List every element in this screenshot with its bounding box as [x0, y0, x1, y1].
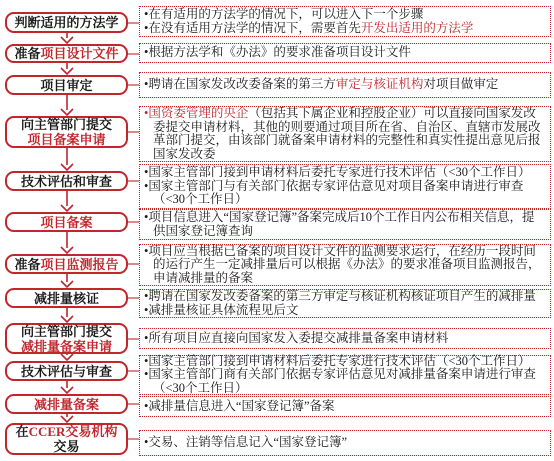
flow-step-label: 准备项目设计文件: [14, 46, 118, 61]
label-segment: 减排量核证: [34, 291, 99, 306]
down-arrow-icon: [60, 148, 74, 171]
bullet-segment: 国家主管部门商有关部门依据专家评估意见对减排量备案申请进行审查（<30个工作日）: [148, 367, 536, 395]
label-segment: 项目审定: [40, 78, 92, 93]
label-segment: 减排量备案: [34, 397, 99, 412]
label-segment: 项目监测报告: [41, 257, 119, 272]
step-description-box: 交易、注销等信息记入“国家登记簿”: [139, 430, 551, 456]
step-description-box: 所有项目应直接向国家发入委提交减排量备案申请材料: [139, 328, 551, 349]
step-description-box: 在有适用的方法学的情况下，可以进入下一个步骤在没有适用方法学的情况下，需要首先开…: [139, 6, 551, 37]
bullet-segment: 开发出适用的方法学: [361, 21, 474, 35]
bullet-item: 国家主管部门与有关部门依据专家评估意见对项目备案申请进行审查（<30个工作日）: [144, 180, 546, 207]
flow-step-box: 减排量备案: [5, 394, 128, 414]
down-arrow-icon: [60, 354, 74, 361]
label-segment: 项目设计文件: [41, 46, 119, 61]
step-description-box: 国家主管部门接到申请材料后委托专家进行技术评估（<30个工作日）国家主管部门与有…: [139, 164, 551, 209]
flow-step-box: 技术评估和审查: [5, 171, 128, 191]
down-arrow-icon: [60, 95, 74, 116]
down-arrow-icon: [60, 63, 74, 75]
bullet-item: 项目信息进入“国家登记簿”备案完成后10个工作日内公布相关信息，提供国家登记簿查…: [144, 211, 546, 238]
bullet-segment: 国资委管理的央企: [148, 106, 248, 120]
flow-step-label: 技术评估和审查: [21, 174, 112, 189]
label-segment: 在: [16, 424, 29, 439]
label-segment: 项目备案申请: [27, 132, 105, 147]
bullet-item: 国家主管部门商有关部门依据专家评估意见对减排量备案申请进行审查（<30个工作日）: [144, 368, 546, 395]
down-arrow-icon: [60, 232, 74, 254]
label-segment: 项目备案: [40, 215, 92, 230]
bullet-item: 交易、注销等信息记入“国家登记簿”: [144, 436, 546, 450]
label-segment: 判断适用的方法学: [14, 15, 118, 30]
flow-step-label: 减排量核证: [34, 291, 99, 306]
bullet-segment: 聘请在国家发改改委备案的第三方: [148, 77, 336, 91]
bullet-segment: 项目应当根据已备案的项目设计文件的监测要求运行，在经历一段时间的运行产生一定减排…: [148, 244, 540, 285]
flow-step-box: 准备项目设计文件: [5, 44, 128, 63]
label-segment: 准备: [14, 257, 40, 272]
bullet-segment: 在没有适用方法学的情况下，需要首先: [148, 21, 361, 35]
flow-step-label: 向主管部门提交: [21, 117, 112, 132]
bullet-segment: 对项目做审定: [423, 77, 498, 91]
label-segment: 交易: [53, 439, 79, 454]
bullet-item: 聘请在国家发改委备案的第三方审定与核证机构核证项目产生的减排量: [144, 290, 546, 304]
bullet-item: 在没有适用方法学的情况下，需要首先开发出适用的方法学: [144, 22, 546, 36]
down-arrow-icon: [60, 381, 74, 394]
down-arrow-icon: [60, 274, 74, 288]
flow-step-box: 向主管部门提交项目备案申请: [5, 116, 128, 148]
step-description-box: 项目应当根据已备案的项目设计文件的监测要求运行，在经历一段时间的运行产生一定减排…: [139, 244, 551, 286]
bullet-segment: 交易、注销等信息记入“国家登记簿”: [148, 435, 347, 449]
bullet-item: 国家主管部门接到申请材料后委托专家进行技术评估（<30个工作日）: [144, 166, 546, 180]
flow-step-label: 准备项目监测报告: [14, 257, 118, 272]
bullet-item: 项目应当根据已备案的项目设计文件的监测要求运行，在经历一段时间的运行产生一定减排…: [144, 245, 546, 286]
flow-step-label: 项目备案: [40, 215, 92, 230]
flow-step-label: 减排量备案申请: [21, 339, 112, 354]
flow-step-label: 技术评估与审查: [21, 364, 112, 379]
label-segment: 减排量备案申请: [21, 339, 112, 354]
label-segment: CCER交易机构: [29, 424, 118, 439]
bullet-segment: 国家主管部门接到申请材料后委托专家进行技术评估（<30个工作日）: [148, 165, 530, 179]
bullet-segment: 国家主管部门接到申请材料后委托专家进行技术评估（<30个工作日）: [148, 354, 530, 368]
label-segment: 向主管部门提交: [21, 324, 112, 339]
bullet-segment: 减排量信息进入“国家登记簿”备案: [148, 399, 334, 413]
flow-step-box: 技术评估与审查: [5, 361, 128, 381]
bullet-segment: 审定与核证机构: [336, 77, 424, 91]
step-description-box: 减排量信息进入“国家登记簿”备案: [139, 396, 551, 417]
down-arrow-icon: [60, 33, 74, 44]
bullet-item: 聘请在国家发改改委备案的第三方审定与核证机构对项目做审定: [144, 78, 546, 92]
step-description-box: 根据方法学和《办法》的要求准备项目设计文件: [139, 43, 551, 63]
bullet-segment: 根据方法学和《办法》的要求准备项目设计文件: [148, 45, 411, 59]
flow-step-label: 项目备案申请: [27, 132, 105, 147]
flow-step-box: 准备项目监测报告: [5, 254, 128, 274]
flow-step-label: 向主管部门提交: [21, 324, 112, 339]
bullet-segment: 聘请在国家发改委备案的第三方审定与核证机构核证项目产生的减排量: [148, 289, 536, 303]
label-segment: 准备: [14, 46, 40, 61]
bullet-item: 根据方法学和《办法》的要求准备项目设计文件: [144, 46, 546, 60]
bullet-segment: 所有项目应直接向国家发入委提交减排量备案申请材料: [148, 331, 448, 345]
bullet-segment: 国家主管部门与有关部门依据专家评估意见对项目备案申请进行审查（<30个工作日）: [148, 179, 523, 207]
label-segment: 技术评估与审查: [21, 364, 112, 379]
flow-step-box: 判断适用的方法学: [5, 12, 128, 33]
bullet-segment: 在有适用的方法学的情况下，可以进入下一个步骤: [148, 7, 423, 21]
flow-step-box: 减排量核证: [5, 288, 128, 308]
down-arrow-icon: [60, 191, 74, 212]
down-arrow-icon: [60, 414, 74, 423]
flowchart-canvas: 判断适用的方法学在有适用的方法学的情况下，可以进入下一个步骤在没有适用方法学的情…: [0, 0, 554, 461]
step-description-box: 国家主管部门接到申请材料后委托专家进行技术评估（<30个工作日）国家主管部门商有…: [139, 355, 551, 395]
flow-step-label: 在CCER交易机构: [16, 424, 118, 439]
step-description-box: 国资委管理的央企（包括其下属企业和控股企业）可以直接向国家发改委提交申请材料，其…: [139, 106, 551, 162]
bullet-item: 减排量信息进入“国家登记簿”备案: [144, 400, 546, 414]
bullet-item: 国资委管理的央企（包括其下属企业和控股企业）可以直接向国家发改委提交申请材料，其…: [144, 107, 546, 161]
flow-step-box: 向主管部门提交减排量备案申请: [5, 323, 128, 354]
down-arrow-icon: [60, 308, 74, 323]
step-description-box: 聘请在国家发改委备案的第三方审定与核证机构核证项目产生的减排量减排量核证具体流程…: [139, 289, 551, 318]
flow-step-box: 在CCER交易机构交易: [5, 423, 128, 455]
bullet-segment: 减排量核证具体流程见后文: [148, 303, 298, 317]
bullet-item: 减排量核证具体流程见后文: [144, 304, 546, 318]
flow-step-label: 项目审定: [40, 78, 92, 93]
bullet-item: 所有项目应直接向国家发入委提交减排量备案申请材料: [144, 332, 546, 346]
step-description-box: 聘请在国家发改改委备案的第三方审定与核证机构对项目做审定: [139, 72, 551, 98]
flow-step-box: 项目审定: [5, 75, 128, 95]
flow-step-label: 减排量备案: [34, 397, 99, 412]
bullet-segment: 项目信息进入“国家登记簿”备案完成后10个工作日内公布相关信息，提供国家登记簿查…: [148, 210, 534, 238]
label-segment: 技术评估和审查: [21, 174, 112, 189]
label-segment: 向主管部门提交: [21, 117, 112, 132]
flow-step-box: 项目备案: [5, 212, 128, 232]
step-description-box: 项目信息进入“国家登记簿”备案完成后10个工作日内公布相关信息，提供国家登记簿查…: [139, 209, 551, 240]
bullet-item: 在有适用的方法学的情况下，可以进入下一个步骤: [144, 8, 546, 22]
flow-step-label: 交易: [53, 439, 79, 454]
flow-step-label: 判断适用的方法学: [14, 15, 118, 30]
